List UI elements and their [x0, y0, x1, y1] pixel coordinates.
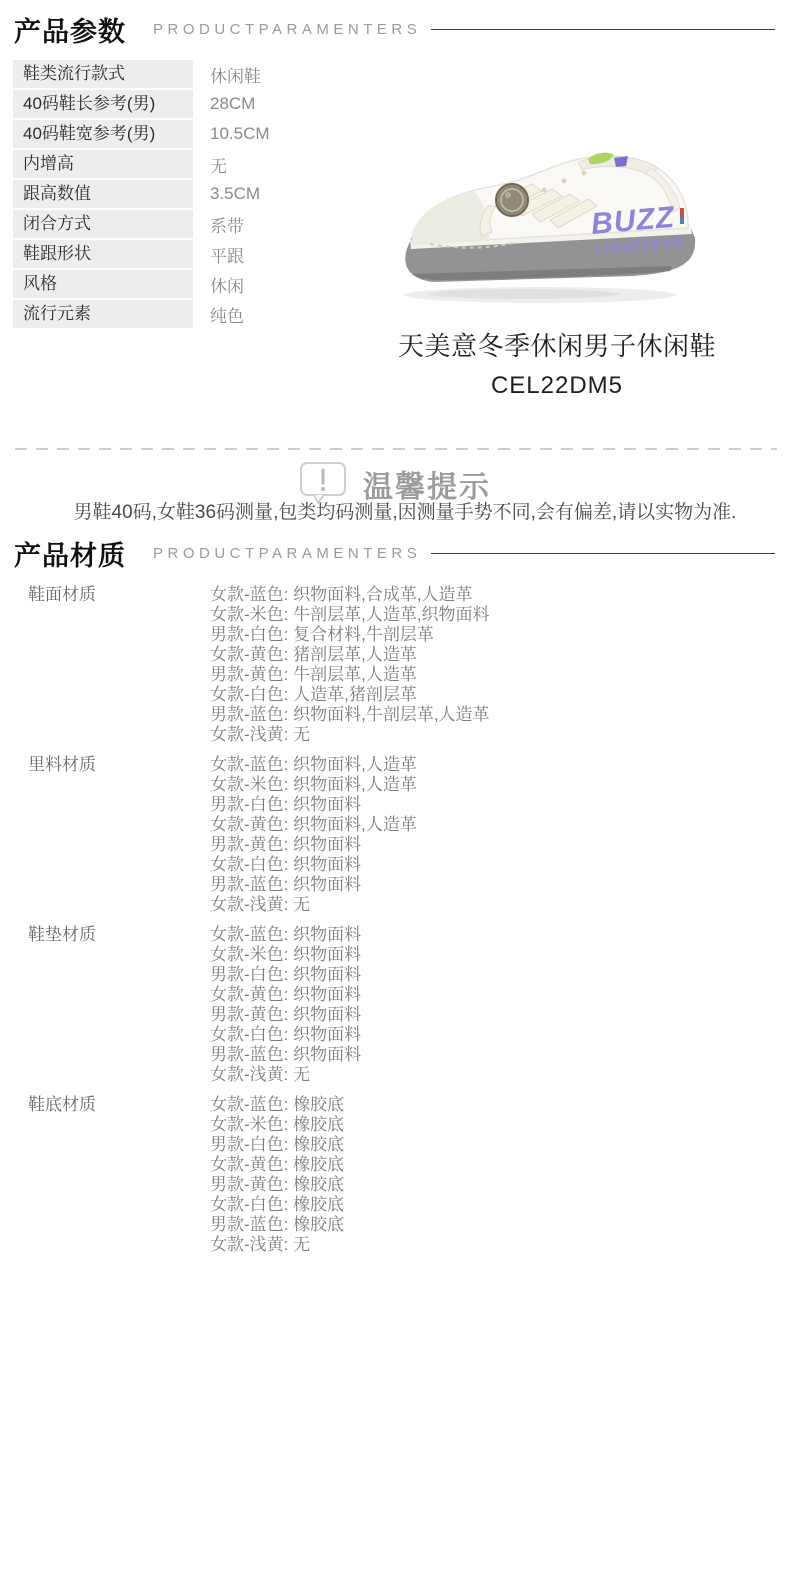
shoe-shadow-inner	[429, 289, 619, 299]
material-group-label: 鞋面材质	[28, 585, 210, 605]
spec-label: 鞋类流行款式	[13, 60, 193, 88]
material-lines: 女款-蓝色: 织物面料,合成革,人造革女款-米色: 牛剖层革,人造革,织物面料男…	[210, 585, 780, 745]
spec-row: 跟高数值 3.5CM	[13, 180, 270, 208]
material-line: 女款-蓝色: 织物面料,合成革,人造革	[210, 585, 780, 605]
spec-value: 休闲鞋	[210, 62, 261, 87]
dashed-divider	[15, 448, 777, 450]
material-line: 男款-白色: 织物面料	[210, 795, 780, 815]
spec-label: 闭合方式	[13, 210, 193, 238]
spec-label: 鞋跟形状	[13, 240, 193, 268]
material-line: 女款-黄色: 织物面料,人造革	[210, 815, 780, 835]
product-detail-page: 产品参数 PRODUCTPARAMENTERS 鞋类流行款式 休闲鞋 40码鞋长…	[0, 0, 790, 1570]
material-line: 男款-黄色: 织物面料	[210, 835, 780, 855]
spec-label: 风格	[13, 270, 193, 298]
material-line: 女款-浅黄: 无	[210, 1235, 780, 1255]
material-line: 男款-黄色: 橡胶底	[210, 1175, 780, 1195]
spec-row: 鞋跟形状 平跟	[13, 240, 270, 268]
material-group-label: 里料材质	[28, 755, 210, 775]
section-header-materials: 产品材质 PRODUCTPARAMENTERS	[14, 534, 775, 573]
eyelet	[562, 179, 567, 184]
spec-value: 系带	[210, 212, 244, 237]
material-line: 女款-蓝色: 织物面料,人造革	[210, 755, 780, 775]
medallion-highlight	[505, 192, 511, 198]
material-group: 鞋垫材质 女款-蓝色: 织物面料女款-米色: 织物面料男款-白色: 织物面料女款…	[28, 925, 780, 1085]
material-line: 女款-黄色: 织物面料	[210, 985, 780, 1005]
spec-row: 40码鞋长参考(男) 28CM	[13, 90, 270, 118]
material-group-label: 鞋底材质	[28, 1095, 210, 1115]
spec-label: 跟高数值	[13, 180, 193, 208]
section-title: 产品材质	[14, 534, 126, 573]
spec-row: 40码鞋宽参考(男) 10.5CM	[13, 120, 270, 148]
spec-label: 内增高	[13, 150, 193, 178]
material-line: 男款-蓝色: 织物面料,牛剖层革,人造革	[210, 705, 780, 725]
material-line: 女款-蓝色: 织物面料	[210, 925, 780, 945]
product-model: CEL22DM5	[362, 372, 752, 400]
material-line: 女款-浅黄: 无	[210, 895, 780, 915]
material-line: 女款-蓝色: 橡胶底	[210, 1095, 780, 1115]
spec-row: 风格 休闲	[13, 270, 270, 298]
shoe-toecap	[412, 191, 489, 244]
heel-tag-blue	[680, 218, 684, 224]
spec-value: 休闲	[210, 272, 244, 297]
material-line: 女款-米色: 织物面料,人造革	[210, 775, 780, 795]
material-line: 女款-米色: 牛剖层革,人造革,织物面料	[210, 605, 780, 625]
material-line: 男款-蓝色: 织物面料	[210, 875, 780, 895]
product-figure: BUZZ LIGHTYEAR 天美意冬季休闲男子休闲鞋 CEL22DM5	[362, 128, 752, 400]
material-line: 男款-黄色: 织物面料	[210, 1005, 780, 1025]
material-line: 女款-浅黄: 无	[210, 1065, 780, 1085]
material-line: 男款-白色: 复合材料,牛剖层革	[210, 625, 780, 645]
spec-label: 40码鞋长参考(男)	[13, 90, 193, 118]
material-line: 女款-白色: 橡胶底	[210, 1195, 780, 1215]
section-header-parameters: 产品参数 PRODUCTPARAMENTERS	[14, 10, 775, 49]
material-lines: 女款-蓝色: 橡胶底女款-米色: 橡胶底男款-白色: 橡胶底女款-黄色: 橡胶底…	[210, 1095, 780, 1255]
spec-row: 内增高 无	[13, 150, 270, 178]
material-line: 女款-黄色: 猪剖层革,人造革	[210, 645, 780, 665]
eyelet	[582, 171, 587, 176]
product-name: 天美意冬季休闲男子休闲鞋	[362, 326, 752, 363]
material-line: 男款-黄色: 牛剖层革,人造革	[210, 665, 780, 685]
spec-row: 闭合方式 系带	[13, 210, 270, 238]
material-line: 男款-白色: 织物面料	[210, 965, 780, 985]
spec-value: 无	[210, 152, 227, 177]
shoe-image: BUZZ LIGHTYEAR	[392, 128, 722, 308]
materials-list: 鞋面材质 女款-蓝色: 织物面料,合成革,人造革女款-米色: 牛剖层革,人造革,…	[28, 585, 780, 1265]
material-line: 女款-白色: 人造革,猪剖层革	[210, 685, 780, 705]
section-subtitle: PRODUCTPARAMENTERS	[153, 21, 421, 38]
material-line: 女款-米色: 织物面料	[210, 945, 780, 965]
material-line: 男款-蓝色: 织物面料	[210, 1045, 780, 1065]
section-title: 产品参数	[14, 10, 126, 49]
material-line: 女款-米色: 橡胶底	[210, 1115, 780, 1135]
header-rule	[431, 553, 775, 554]
material-group: 里料材质 女款-蓝色: 织物面料,人造革女款-米色: 织物面料,人造革男款-白色…	[28, 755, 780, 915]
material-group-label: 鞋垫材质	[28, 925, 210, 945]
material-group: 鞋底材质 女款-蓝色: 橡胶底女款-米色: 橡胶底男款-白色: 橡胶底女款-黄色…	[28, 1095, 780, 1255]
material-lines: 女款-蓝色: 织物面料,人造革女款-米色: 织物面料,人造革男款-白色: 织物面…	[210, 755, 780, 915]
spec-value: 平跟	[210, 242, 244, 267]
spec-row: 鞋类流行款式 休闲鞋	[13, 60, 270, 88]
material-line: 女款-黄色: 橡胶底	[210, 1155, 780, 1175]
material-line: 女款-浅黄: 无	[210, 725, 780, 745]
spec-label: 40码鞋宽参考(男)	[13, 120, 193, 148]
material-line: 男款-蓝色: 橡胶底	[210, 1215, 780, 1235]
spec-value: 10.5CM	[210, 124, 270, 144]
spec-table: 鞋类流行款式 休闲鞋 40码鞋长参考(男) 28CM 40码鞋宽参考(男) 10…	[13, 60, 270, 330]
section-subtitle: PRODUCTPARAMENTERS	[153, 545, 421, 562]
header-rule	[431, 29, 775, 30]
spec-label: 流行元素	[13, 300, 193, 328]
material-line: 女款-白色: 织物面料	[210, 1025, 780, 1045]
tips-note: 男鞋40码,女鞋36码测量,包类均码测量,因测量手势不同,会有偏差,请以实物为准…	[20, 500, 790, 526]
material-line: 女款-白色: 织物面料	[210, 855, 780, 875]
heel-tag-red	[680, 208, 684, 218]
spec-value: 3.5CM	[210, 184, 260, 204]
spec-value: 28CM	[210, 94, 255, 114]
material-group: 鞋面材质 女款-蓝色: 织物面料,合成革,人造革女款-米色: 牛剖层革,人造革,…	[28, 585, 780, 745]
spec-value: 纯色	[210, 302, 244, 327]
material-line: 男款-白色: 橡胶底	[210, 1135, 780, 1155]
spec-row: 流行元素 纯色	[13, 300, 270, 328]
material-lines: 女款-蓝色: 织物面料女款-米色: 织物面料男款-白色: 织物面料女款-黄色: …	[210, 925, 780, 1085]
